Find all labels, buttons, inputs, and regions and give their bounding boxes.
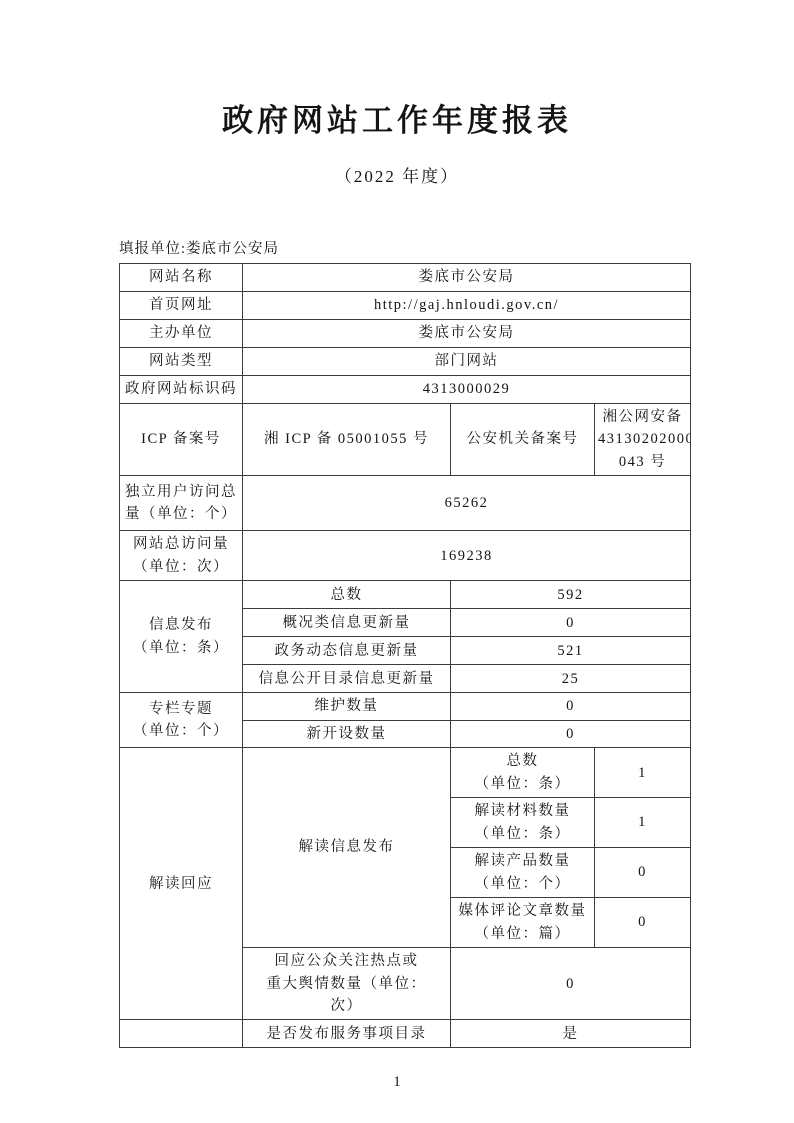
site-type-label: 网站类型 [120,348,243,376]
interpretation-item-label: 解读产品数量 （单位：个） [451,848,595,898]
hotspot-response-value: 0 [451,948,691,1020]
interpretation-item-value: 1 [595,748,691,798]
columns-topics-item-value: 0 [451,720,691,747]
table-row: 首页网址 http://gaj.hnloudi.gov.cn/ [120,292,691,320]
columns-topics-item-value: 0 [451,693,691,720]
icp-label: ICP 备案号 [120,404,243,476]
info-publish-item-value: 0 [451,609,691,637]
interpretation-item-value: 0 [595,898,691,948]
info-publish-item-label: 信息公开目录信息更新量 [243,665,451,693]
site-id-label: 政府网站标识码 [120,376,243,404]
document-title: 政府网站工作年度报表 [0,0,794,139]
site-type-value: 部门网站 [243,348,691,376]
total-visits-value: 169238 [243,531,691,581]
home-url-label: 首页网址 [120,292,243,320]
interpretation-publish-label: 解读信息发布 [243,748,451,948]
columns-topics-item-label: 维护数量 [243,693,451,720]
service-catalog-value: 是 [451,1020,691,1048]
interpretation-label: 解读回应 [120,748,243,1020]
info-publish-item-label: 总数 [243,581,451,609]
interpretation-item-value: 0 [595,848,691,898]
table-row: 网站类型 部门网站 [120,348,691,376]
table-row: 政府网站标识码 4313000029 [120,376,691,404]
unique-visitors-value: 65262 [243,476,691,531]
reporting-unit: 填报单位:娄底市公安局 [119,239,794,259]
info-publish-item-value: 521 [451,637,691,665]
empty-cell [120,1020,243,1048]
icp-value: 湘 ICP 备 05001055 号 [243,404,451,476]
total-visits-label: 网站总访问量 （单位：次） [120,531,243,581]
info-publish-label: 信息发布 （单位：条） [120,581,243,693]
service-catalog-label: 是否发布服务事项目录 [243,1020,451,1048]
table-row: 是否发布服务事项目录 是 [120,1020,691,1048]
annual-report-table: 网站名称 娄底市公安局 首页网址 http://gaj.hnloudi.gov.… [119,263,691,1048]
info-publish-item-value: 25 [451,665,691,693]
interpretation-item-label: 媒体评论文章数量 （单位：篇） [451,898,595,948]
hotspot-response-label: 回应公众关注热点或 重大舆情数量（单位： 次） [243,948,451,1020]
site-name-label: 网站名称 [120,264,243,292]
info-publish-item-value: 592 [451,581,691,609]
organizer-label: 主办单位 [120,320,243,348]
table-row: ICP 备案号 湘 ICP 备 05001055 号 公安机关备案号 湘公网安备… [120,404,691,476]
info-publish-item-label: 概况类信息更新量 [243,609,451,637]
table-row: 独立用户访问总 量（单位：个） 65262 [120,476,691,531]
table-row: 主办单位 娄底市公安局 [120,320,691,348]
unique-visitors-label: 独立用户访问总 量（单位：个） [120,476,243,531]
table-row: 网站总访问量 （单位：次） 169238 [120,531,691,581]
home-url-value: http://gaj.hnloudi.gov.cn/ [243,292,691,320]
table-row: 信息发布 （单位：条） 总数 592 [120,581,691,609]
page-number: 1 [0,1074,794,1091]
columns-topics-label: 专栏专题 （单位：个） [120,693,243,748]
site-name-value: 娄底市公安局 [243,264,691,292]
organizer-value: 娄底市公安局 [243,320,691,348]
police-record-value: 湘公网安备 43130202000 043 号 [595,404,691,476]
document-subtitle: （2022 年度） [0,166,794,188]
columns-topics-item-label: 新开设数量 [243,720,451,747]
police-record-label: 公安机关备案号 [451,404,595,476]
table-row: 解读回应 解读信息发布 总数 （单位：条） 1 [120,748,691,798]
site-id-value: 4313000029 [243,376,691,404]
info-publish-item-label: 政务动态信息更新量 [243,637,451,665]
table-row: 专栏专题 （单位：个） 维护数量 0 [120,693,691,720]
interpretation-item-label: 总数 （单位：条） [451,748,595,798]
interpretation-item-value: 1 [595,798,691,848]
table-row: 网站名称 娄底市公安局 [120,264,691,292]
document-page: 政府网站工作年度报表 （2022 年度） 填报单位:娄底市公安局 网站名称 娄底… [0,0,794,1123]
interpretation-item-label: 解读材料数量 （单位：条） [451,798,595,848]
